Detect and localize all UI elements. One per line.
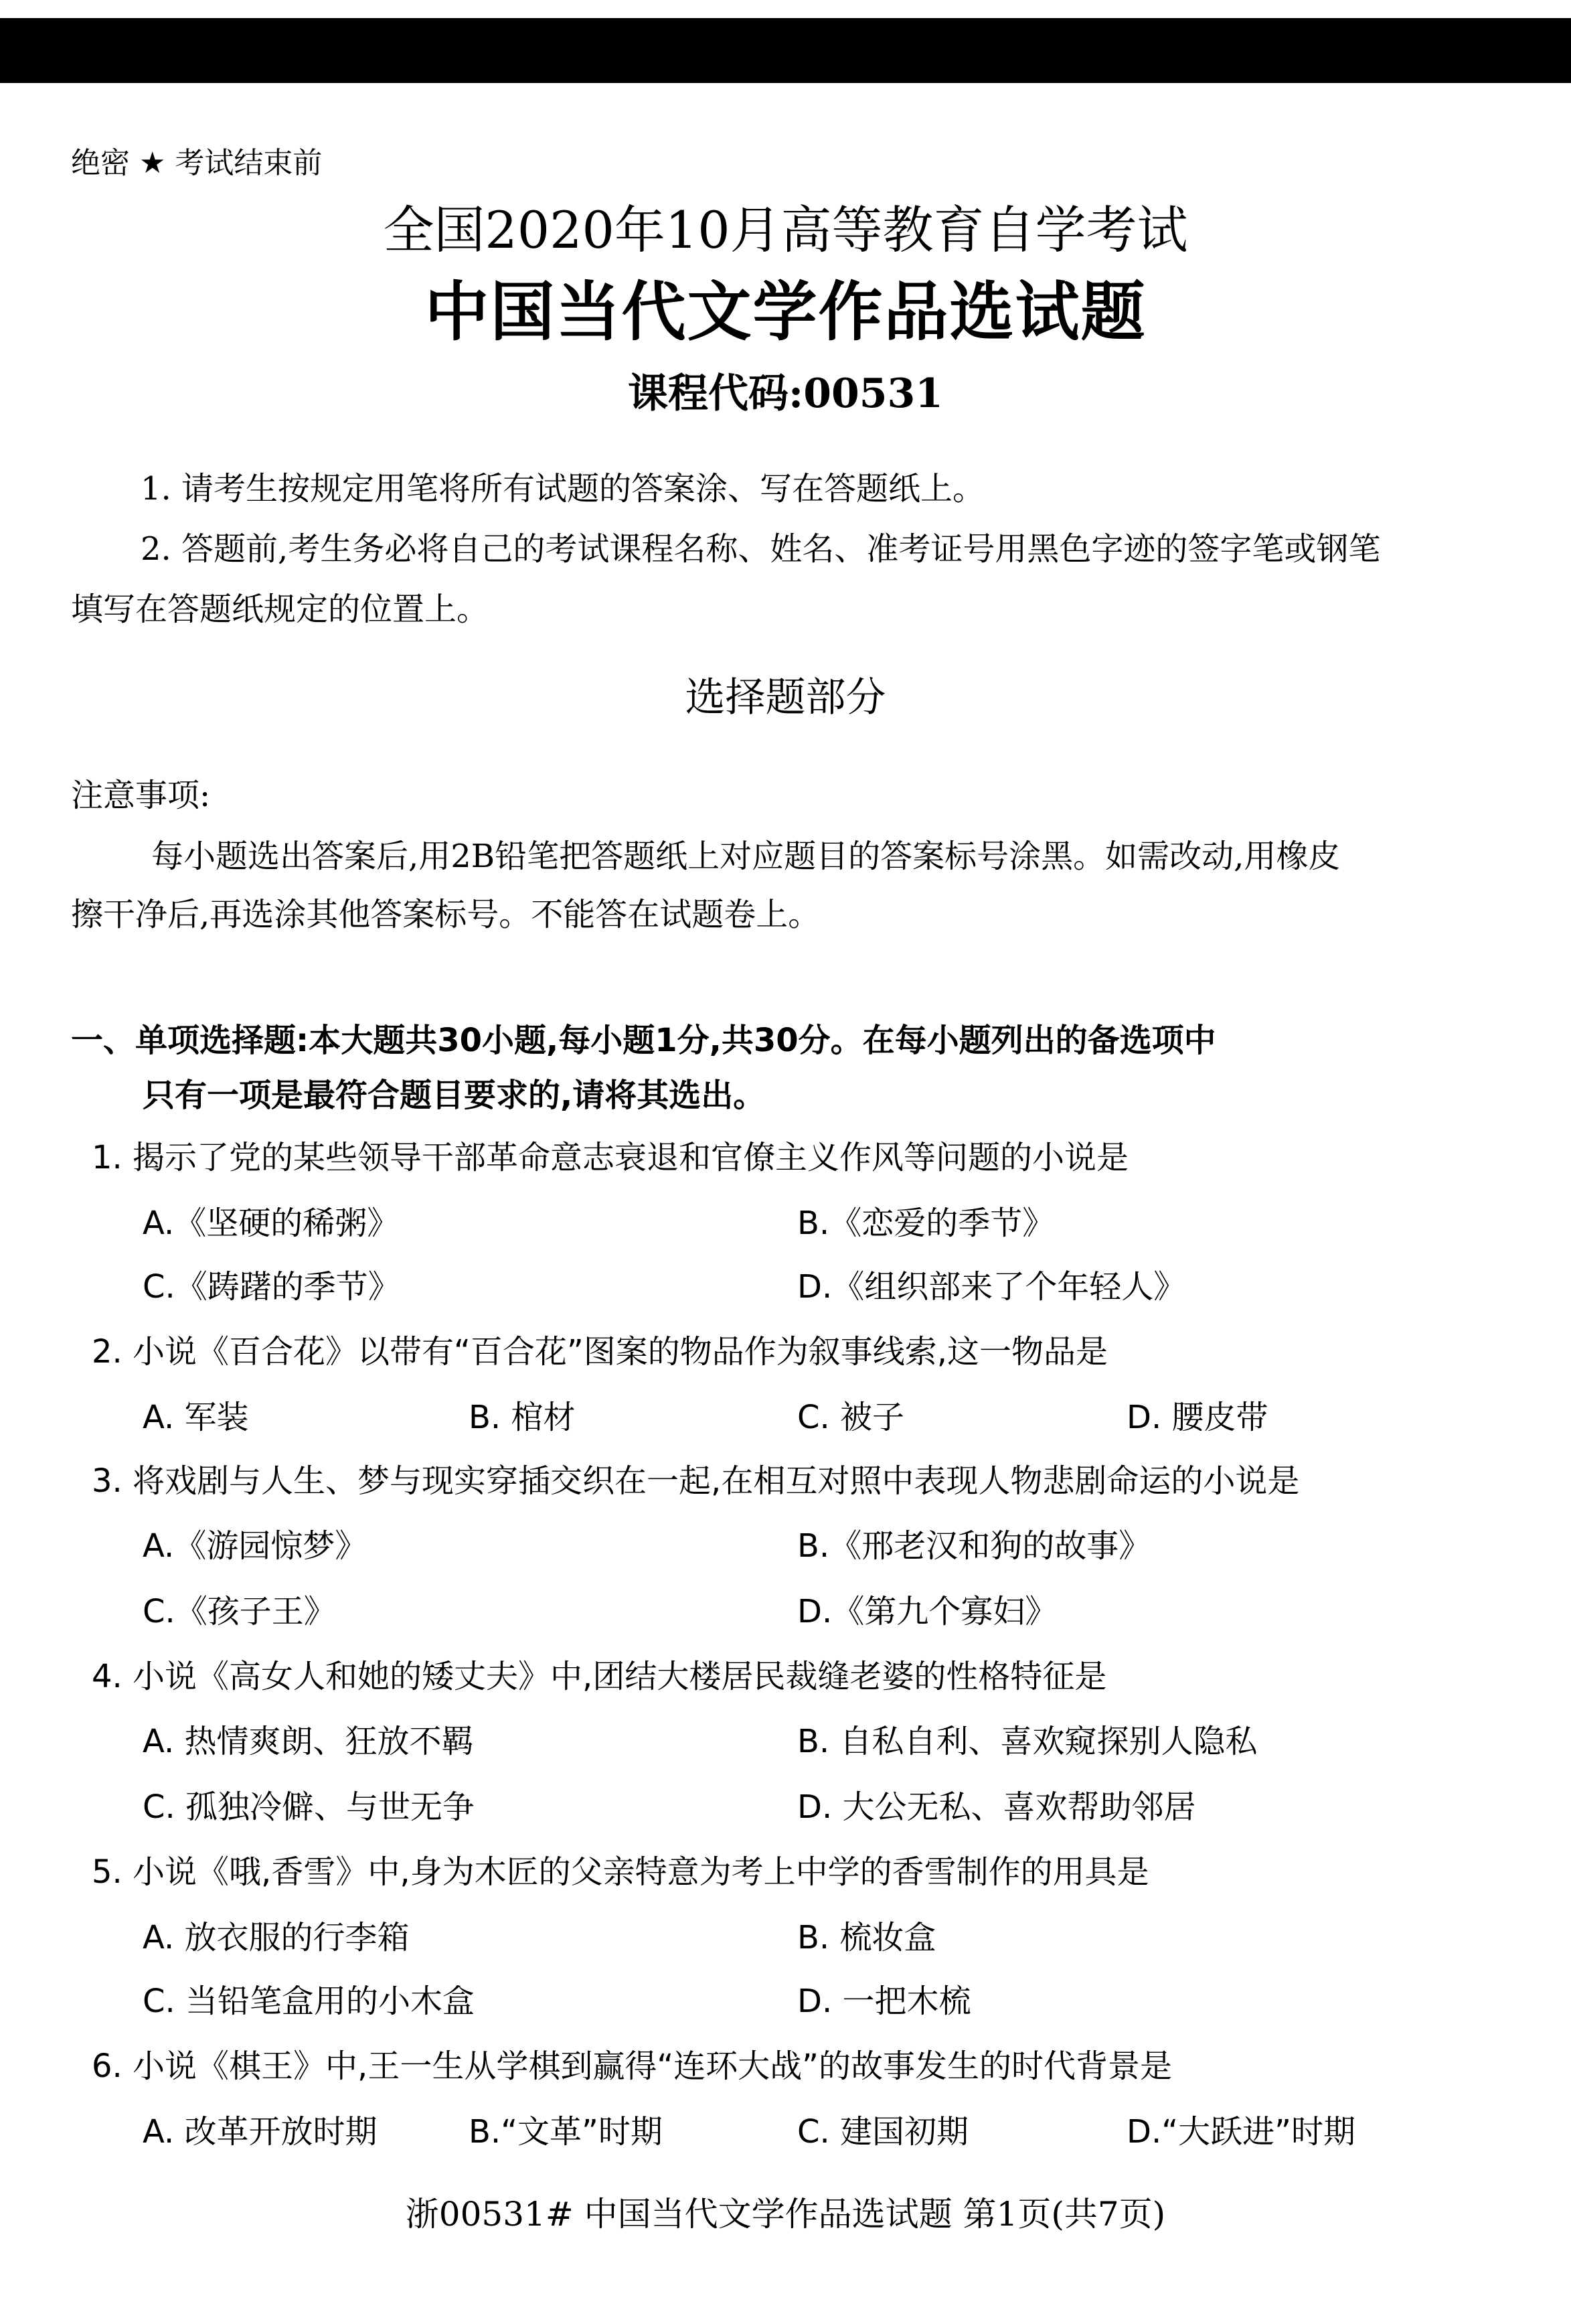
question-3-option-b: B.《邢老汉和狗的故事》 (797, 1530, 1151, 1562)
question-5-option-b: B. 梳妆盒 (797, 1922, 936, 1954)
question-2-option-a: A. 军装 (143, 1401, 249, 1434)
page-footer: 浙00531# 中国当代文学作品选试题 第1页(共7页) (0, 2197, 1571, 2231)
page-title: 中国当代文学作品选试题 (0, 280, 1571, 344)
exam-session-title: 全国2020年10月高等教育自学考试 (0, 205, 1571, 256)
question-6-option-c: C. 建国初期 (797, 2116, 969, 2148)
question-1-option-c: C.《踌躇的季节》 (143, 1271, 400, 1303)
general-note-2-continued: 填写在答题纸规定的位置上。 (71, 593, 489, 625)
question-5-option-c: C. 当铅笔盒用的小木盒 (143, 1985, 475, 2017)
attention-line-1: 每小题选出答案后,用2B铅笔把答题纸上对应题目的答案标号涂黑。如需改动,用橡皮 (151, 840, 1340, 872)
question-4-stem: 4. 小说《高女人和她的矮丈夫》中,团结大楼居民裁缝老婆的性格特征是 (92, 1660, 1106, 1693)
question-5-option-d: D. 一把木梳 (797, 1985, 971, 2017)
question-1-stem: 1. 揭示了党的某些领导干部革命意志衰退和官僚主义作风等问题的小说是 (92, 1142, 1129, 1174)
part-title: 选择题部分 (0, 678, 1571, 718)
confidential-label: 绝密 ★ 考试结束前 (71, 149, 322, 178)
general-note-1: 1. 请考生按规定用笔将所有试题的答案涂、写在答题纸上。 (141, 473, 985, 505)
question-4-option-c: C. 孤独冷僻、与世无争 (143, 1791, 475, 1823)
question-3-stem: 3. 将戏剧与人生、梦与现实穿插交织在一起,在相互对照中表现人物悲剧命运的小说是 (92, 1465, 1299, 1497)
question-5-option-a: A. 放衣服的行李箱 (143, 1922, 410, 1954)
question-4-option-a: A. 热情爽朗、狂放不羁 (143, 1725, 474, 1758)
question-3-option-c: C.《孩子王》 (143, 1596, 336, 1628)
general-note-2: 2. 答题前,考生务必将自己的考试课程名称、姓名、准考证号用黑色字迹的签字笔或钢… (141, 533, 1380, 565)
question-2-stem: 2. 小说《百合花》以带有“百合花”图案的物品作为叙事线索,这一物品是 (92, 1336, 1108, 1368)
attention-label: 注意事项: (71, 779, 210, 811)
question-2-option-c: C. 被子 (797, 1401, 904, 1434)
question-4-option-d: D. 大公无私、喜欢帮助邻居 (797, 1791, 1195, 1823)
question-5-stem: 5. 小说《哦,香雪》中,身为木匠的父亲特意为考上中学的香雪制作的用具是 (92, 1856, 1149, 1888)
question-1-option-d: D.《组织部来了个年轻人》 (797, 1271, 1185, 1303)
question-2-option-d: D. 腰皮带 (1127, 1401, 1268, 1434)
course-code: 课程代码:00531 (0, 374, 1571, 414)
question-1-option-a: A.《坚硬的稀粥》 (143, 1207, 399, 1239)
section-heading-continued: 只有一项是最符合题目要求的,请将其选出。 (143, 1079, 765, 1111)
question-6-option-d: D.“大跃进”时期 (1127, 2116, 1355, 2148)
question-1-option-b: B.《恋爱的季节》 (797, 1207, 1054, 1239)
question-6-option-b: B.“文革”时期 (469, 2116, 663, 2148)
question-3-option-d: D.《第九个寡妇》 (797, 1596, 1057, 1628)
section-heading: 一、单项选择题:本大题共30小题,每小题1分,共30分。在每小题列出的备选项中 (71, 1024, 1216, 1057)
question-6-stem: 6. 小说《棋王》中,王一生从学棋到赢得“连环大战”的故事发生的时代背景是 (92, 2050, 1172, 2082)
question-3-option-a: A.《游园惊梦》 (143, 1530, 367, 1562)
question-4-option-b: B. 自私自利、喜欢窥探别人隐私 (797, 1725, 1257, 1758)
question-2-option-b: B. 棺材 (469, 1401, 575, 1434)
question-6-option-a: A. 改革开放时期 (143, 2116, 378, 2148)
top-redaction-bar (0, 18, 1571, 83)
attention-line-2: 擦干净后,再选涂其他答案标号。不能答在试题卷上。 (71, 899, 820, 931)
